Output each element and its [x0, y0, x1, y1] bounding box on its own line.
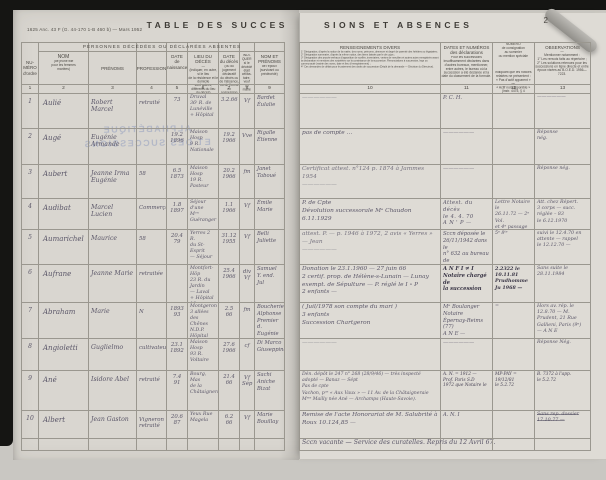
cell-numero-consignation: [493, 165, 535, 199]
cell-observations: Réponse Nég.: [535, 339, 591, 371]
cell-epoux: Sachi Aniche Bizat: [255, 371, 285, 411]
cell-date-deces: 3.2.66: [219, 94, 240, 129]
table-row: 4 Audibat Marcel Lucien Commerçant 1.8 1…: [21, 199, 591, 230]
cell-etat-civil: div Vf: [240, 265, 255, 303]
cell-prenoms: Jeanne Marie: [89, 265, 137, 303]
cell-epoux: Émile Marie: [255, 199, 285, 230]
cell-nom: Angioletti: [39, 339, 89, 371]
cell-naissance: 20.4 79: [167, 230, 188, 265]
cell-naissance: 20.6 87: [167, 411, 188, 439]
header-num: NU- MÉRO d'ordre 1: [21, 42, 39, 94]
cell-date-deces: 31.12 1955: [219, 230, 240, 265]
table-row: 3 Aubert Jeanne Irma Eugénie 58 6.5 1873…: [21, 165, 591, 199]
cell-nom: Aumarichel: [39, 230, 89, 265]
cell-numero-consignation: [493, 411, 535, 439]
cell-observations: B. 7372 à l'app. le 5.2.72: [535, 371, 591, 411]
cell-date-deces: 6.2 66: [219, 411, 240, 439]
cell-observations: Hors av. rép. le 12.8.70 — M. Prudent, 2…: [535, 303, 591, 339]
cell-empty: [167, 439, 188, 451]
cell-num: 1: [21, 94, 39, 129]
cell-empty: [441, 439, 493, 451]
cell-empty: [137, 439, 167, 451]
cell-dates-numeros: A. N. = 1912 — Prof. Paris S.D 1972 que …: [441, 371, 493, 411]
cell-epoux: Janet Taboué: [255, 165, 285, 199]
cell-numero-consignation: 5ᵉ 8ᵗᵉ: [493, 230, 535, 265]
cell-renseignements: P. de Cpte Dévolution successorale Mᵉ Ch…: [299, 199, 441, 230]
cell-nom: Aulié: [39, 94, 89, 129]
cell-date-deces: 20.2 1966: [219, 165, 240, 199]
cell-gutter: [285, 411, 299, 439]
cell-gutter: [285, 339, 299, 371]
cell-gutter: [285, 165, 299, 199]
cell-gutter: [285, 199, 299, 230]
cell-lieu-deces: Druval 36ᵗ R. de Lunéville + Hôpital: [188, 94, 219, 129]
cell-dates-numeros: P. C. H.: [441, 94, 493, 129]
cell-observations: Réponse nég.: [535, 165, 591, 199]
cell-numero-consignation: 2.2322 le 10.11.81 Prudhomme Ju 1968 —: [493, 265, 535, 303]
cell-prenoms: Guglielmo: [89, 339, 137, 371]
cell-naissance: 7.4 91: [167, 371, 188, 411]
cell-prenoms: Isidore Abel: [89, 371, 137, 411]
cell-lieu-deces: Montfort-Hôp 23 R. du Jardin — Laval + H…: [188, 265, 219, 303]
cell-dates-numeros: ——————: [441, 165, 493, 199]
table-row: 2 Augé Eugénie Armande 19.2 1896 Maison …: [21, 129, 591, 165]
cell-numero-consignation: =: [493, 303, 535, 339]
cell-date-deces: 2.5 66: [219, 303, 240, 339]
cell-lieu-deces: Bourg, Mas de la Châtaigneraie: [188, 371, 219, 411]
header-observations: OBSERVATIONS — Mentionner notamment : 1°…: [535, 42, 591, 94]
header-group-title: PERSONNES DÉCÉDÉES OU DÉCLARÉES ABSENTES: [39, 42, 285, 52]
cell-nom: Abraham: [39, 303, 89, 339]
cell-prenoms: Marcel Lucien: [89, 199, 137, 230]
cell-numero-consignation: MP-PAY = 19/12/81 le 5.2.72: [493, 371, 535, 411]
cell-num: 8: [21, 339, 39, 371]
table-body: 1 Aulié Robert Marcel retraité 73 Druval…: [21, 94, 591, 439]
cell-etat-civil: Vve: [240, 129, 255, 165]
page-title: TABLE DES SUCCES SIONS ET ABSENCES: [13, 20, 606, 30]
cell-dates-numeros: A. N. I: [441, 411, 493, 439]
table-row: 9 Ané Isidore Abel retraité 7.4 91 Bourg…: [21, 371, 591, 411]
cell-nom: Audibat: [39, 199, 89, 230]
cell-prenoms: Robert Marcel: [89, 94, 137, 129]
successions-table: PERSONNES DÉCÉDÉES OU DÉCLARÉES ABSENTES…: [21, 42, 591, 451]
cell-gutter: [285, 230, 299, 265]
cell-numero-consignation: [493, 339, 535, 371]
cell-profession: cultivateur: [137, 339, 167, 371]
cell-nom: Augé: [39, 129, 89, 165]
cell-profession: 58: [137, 165, 167, 199]
cell-observations: suivi le 12.4.70 en attente — rappel le …: [535, 230, 591, 265]
cell-observations: Att. chez Répert. 3 corps — succ. réglée…: [535, 199, 591, 230]
cell-naissance: 73: [167, 94, 188, 129]
cell-etat-civil: Vf: [240, 230, 255, 265]
cell-lieu-deces: Maison Hosp 9 R. Nationale: [188, 129, 219, 165]
table-row: 8 Angioletti Guglielmo cultivateur 23.1 …: [21, 339, 591, 371]
table-row: 7 Abraham Marie N 1893 93 Montgeron 3 al…: [21, 303, 591, 339]
cell-date-deces: 1.1 1966: [219, 199, 240, 230]
cell-num: 5: [21, 230, 39, 265]
cell-profession: retraité: [137, 94, 167, 129]
cell-renseignements: pas de compte …: [299, 129, 441, 165]
table-row: 10 Albert Jean Gaston Vigneron retraité …: [21, 411, 591, 439]
cell-lieu-deces: Maison Hosp 19 R. Pasteur: [188, 165, 219, 199]
cell-renseignements: Dén. dépôt le 247 n° 268 (28/9/46) — trè…: [299, 371, 441, 411]
cell-naissance: 6.5 1873: [167, 165, 188, 199]
cell-num: 6: [21, 265, 39, 303]
cell-observations: ——————: [535, 94, 591, 129]
cell-profession: 58: [137, 230, 167, 265]
cell-gutter: [285, 371, 299, 411]
cell-naissance: [167, 265, 188, 303]
cell-observations: Sans suite le 28.11.1984: [535, 265, 591, 303]
cell-renseignements: ——————: [299, 339, 441, 371]
scan-edge-top: [0, 0, 606, 10]
cell-empty: [493, 439, 535, 451]
cell-dates-numeros: A N F I ≠ I Notaire chargé de la success…: [441, 265, 493, 303]
cell-lieu-deces: Yeux Rue Magela: [188, 411, 219, 439]
cell-numero-consignation: Lettre Notaire le 26.11.72 — 2ᵉ Vol. et …: [493, 199, 535, 230]
cell-empty: [89, 439, 137, 451]
cell-dates-numeros: Mᵉ Boulanger Notaire Épernay-Reims (77) …: [441, 303, 493, 339]
cell-etat-civil: Vf: [240, 94, 255, 129]
cell-numero-consignation: [493, 94, 535, 129]
cell-prenoms: Jean Gaston: [89, 411, 137, 439]
cell-etat-civil: cf: [240, 339, 255, 371]
cell-profession: Vigneron retraité: [137, 411, 167, 439]
cell-naissance: 1893 93: [167, 303, 188, 339]
cell-epoux: Belli Juliette: [255, 230, 285, 265]
cell-empty: [219, 439, 240, 451]
cell-date-deces: 27.6 1966: [219, 339, 240, 371]
cell-num: 2: [21, 129, 39, 165]
cell-renseignements: Remise de l'acte Honorariat de M. Salubr…: [299, 411, 441, 439]
title-right-half: SIONS ET ABSENCES: [324, 20, 472, 30]
cell-naissance: 19.2 1896: [167, 129, 188, 165]
cell-gutter: [285, 439, 299, 451]
cell-profession: Commerçant: [137, 199, 167, 230]
cell-lieu-deces: Séjour d'une Mᵒⁿ Guéranger: [188, 199, 219, 230]
scan-edge-left: [0, 0, 13, 446]
cell-nom: Ané: [39, 371, 89, 411]
cell-lieu-deces: Maison Hosp 93 R. Voltaire: [188, 339, 219, 371]
header-renseignements: RENSEIGNEMENTS DIVERS 1° Désignation, d'…: [299, 42, 441, 94]
cell-epoux: Bardet Éulalie: [255, 94, 285, 129]
cell-etat-civil: Vf Sép: [240, 371, 255, 411]
cell-dates-numeros: ——————: [441, 129, 493, 165]
cell-gutter: [285, 303, 299, 339]
cell-profession: retraité: [137, 371, 167, 411]
cell-date-deces: 25.4 1966: [219, 265, 240, 303]
cell-nom: Albert: [39, 411, 89, 439]
cell-gutter: [285, 265, 299, 303]
cell-dates-numeros: ——————: [441, 339, 493, 371]
paper-sheet: 1625 Anc. 43 F (G. 44-170 1-B 460 b) — M…: [13, 10, 606, 460]
cell-num: 3: [21, 165, 39, 199]
cell-epoux: Rigalle Étienne: [255, 129, 285, 165]
cell-prenoms: Marie: [89, 303, 137, 339]
table-row: 6 Aufrane Jeanne Marie retraitée Montfor…: [21, 265, 591, 303]
cell-num: 9: [21, 371, 39, 411]
cell-renseignements: Certificat attest. n°124 p. 1874 à Jamme…: [299, 165, 441, 199]
cell-profession: N: [137, 303, 167, 339]
cell-dates-numeros: Attest. du décès le 4. 4. 70 A N ' P —: [441, 199, 493, 230]
cell-gutter: [285, 94, 299, 129]
cell-gutter: [285, 129, 299, 165]
cell-num: 4: [21, 199, 39, 230]
cell-epoux: Di Marco Giuseppina: [255, 339, 285, 371]
cell-numero-consignation: [493, 129, 535, 165]
cell-naissance: 1.8 1897: [167, 199, 188, 230]
cell-nom: Aubert: [39, 165, 89, 199]
cell-observations: Sans rep. dossier 17.10.77 —: [535, 411, 591, 439]
cell-etat-civil: fm: [240, 165, 255, 199]
cell-empty: [255, 439, 285, 451]
cell-prenoms: Maurice: [89, 230, 137, 265]
scanned-register-page: 1625 Anc. 43 F (G. 44-170 1-B 460 b) — M…: [0, 0, 606, 480]
cell-dates-numeros: Sccn déposée le 26/11/1942 dans le n° 63…: [441, 230, 493, 265]
header-gutter: [285, 42, 299, 94]
cell-prenoms: Eugénie Armande: [89, 129, 137, 165]
title-left-half: TABLE DES SUCCES: [147, 20, 288, 30]
cell-renseignements: Donation le 23.1.1960 — 27 juin 66 2 cer…: [299, 265, 441, 303]
table-header: PERSONNES DÉCÉDÉES OU DÉCLARÉES ABSENTES…: [21, 42, 591, 94]
header-numero-consignation: NUMÉRO de consignation au sommier ou men…: [493, 42, 535, 94]
cell-etat-civil: Vf: [240, 199, 255, 230]
header-dates-numeros: DATES ET NUMÉROS des déclarations Pour l…: [441, 42, 493, 94]
cell-date-deces: 19.2 1966: [219, 129, 240, 165]
table-row: 5 Aumarichel Maurice 58 20.4 79 Yerres 2…: [21, 230, 591, 265]
cell-num: 10: [21, 411, 39, 439]
footer-note: Sccn vacante — Service des curatelles. R…: [299, 439, 441, 451]
cell-etat-civil: fm: [240, 303, 255, 339]
cell-etat-civil: Vf: [240, 411, 255, 439]
cell-profession: [137, 129, 167, 165]
cell-empty: [240, 439, 255, 451]
cell-lieu-deces: Yerres 2 R. du St-Esprit — Séjour: [188, 230, 219, 265]
cell-renseignements: ——————: [299, 94, 441, 129]
cell-nom: Aufrane: [39, 265, 89, 303]
cell-num: 7: [21, 303, 39, 339]
cell-prenoms: Jeanne Irma Eugénie: [89, 165, 137, 199]
cell-empty: [21, 439, 39, 451]
table-row: 1 Aulié Robert Marcel retraité 73 Druval…: [21, 94, 591, 129]
footer-note-row: Sccn vacante — Service des curatelles. R…: [21, 439, 591, 451]
cell-renseignements: attest. P. — p. 1946 à 1972, 2 avis « Ye…: [299, 230, 441, 265]
cell-renseignements: ( Juil/1978 son compte du mari ) 3 enfan…: [299, 303, 441, 339]
cell-empty: [39, 439, 89, 451]
cell-lieu-deces: Montgeron 3 allées des Chênes N.D.P. Hôp…: [188, 303, 219, 339]
cell-epoux: Marie Bouillay: [255, 411, 285, 439]
cell-epoux: Boucherie Alphonse Premier d. Eugénie: [255, 303, 285, 339]
cell-observations: Réponse nég.: [535, 129, 591, 165]
cell-date-deces: 21.4 66: [219, 371, 240, 411]
cell-empty: [535, 439, 591, 451]
cell-profession: retraitée: [137, 265, 167, 303]
page-number: 2: [544, 16, 548, 25]
cell-naissance: 23.1 1892: [167, 339, 188, 371]
cell-epoux: Samuel Y. end. Jul: [255, 265, 285, 303]
cell-empty: [188, 439, 219, 451]
